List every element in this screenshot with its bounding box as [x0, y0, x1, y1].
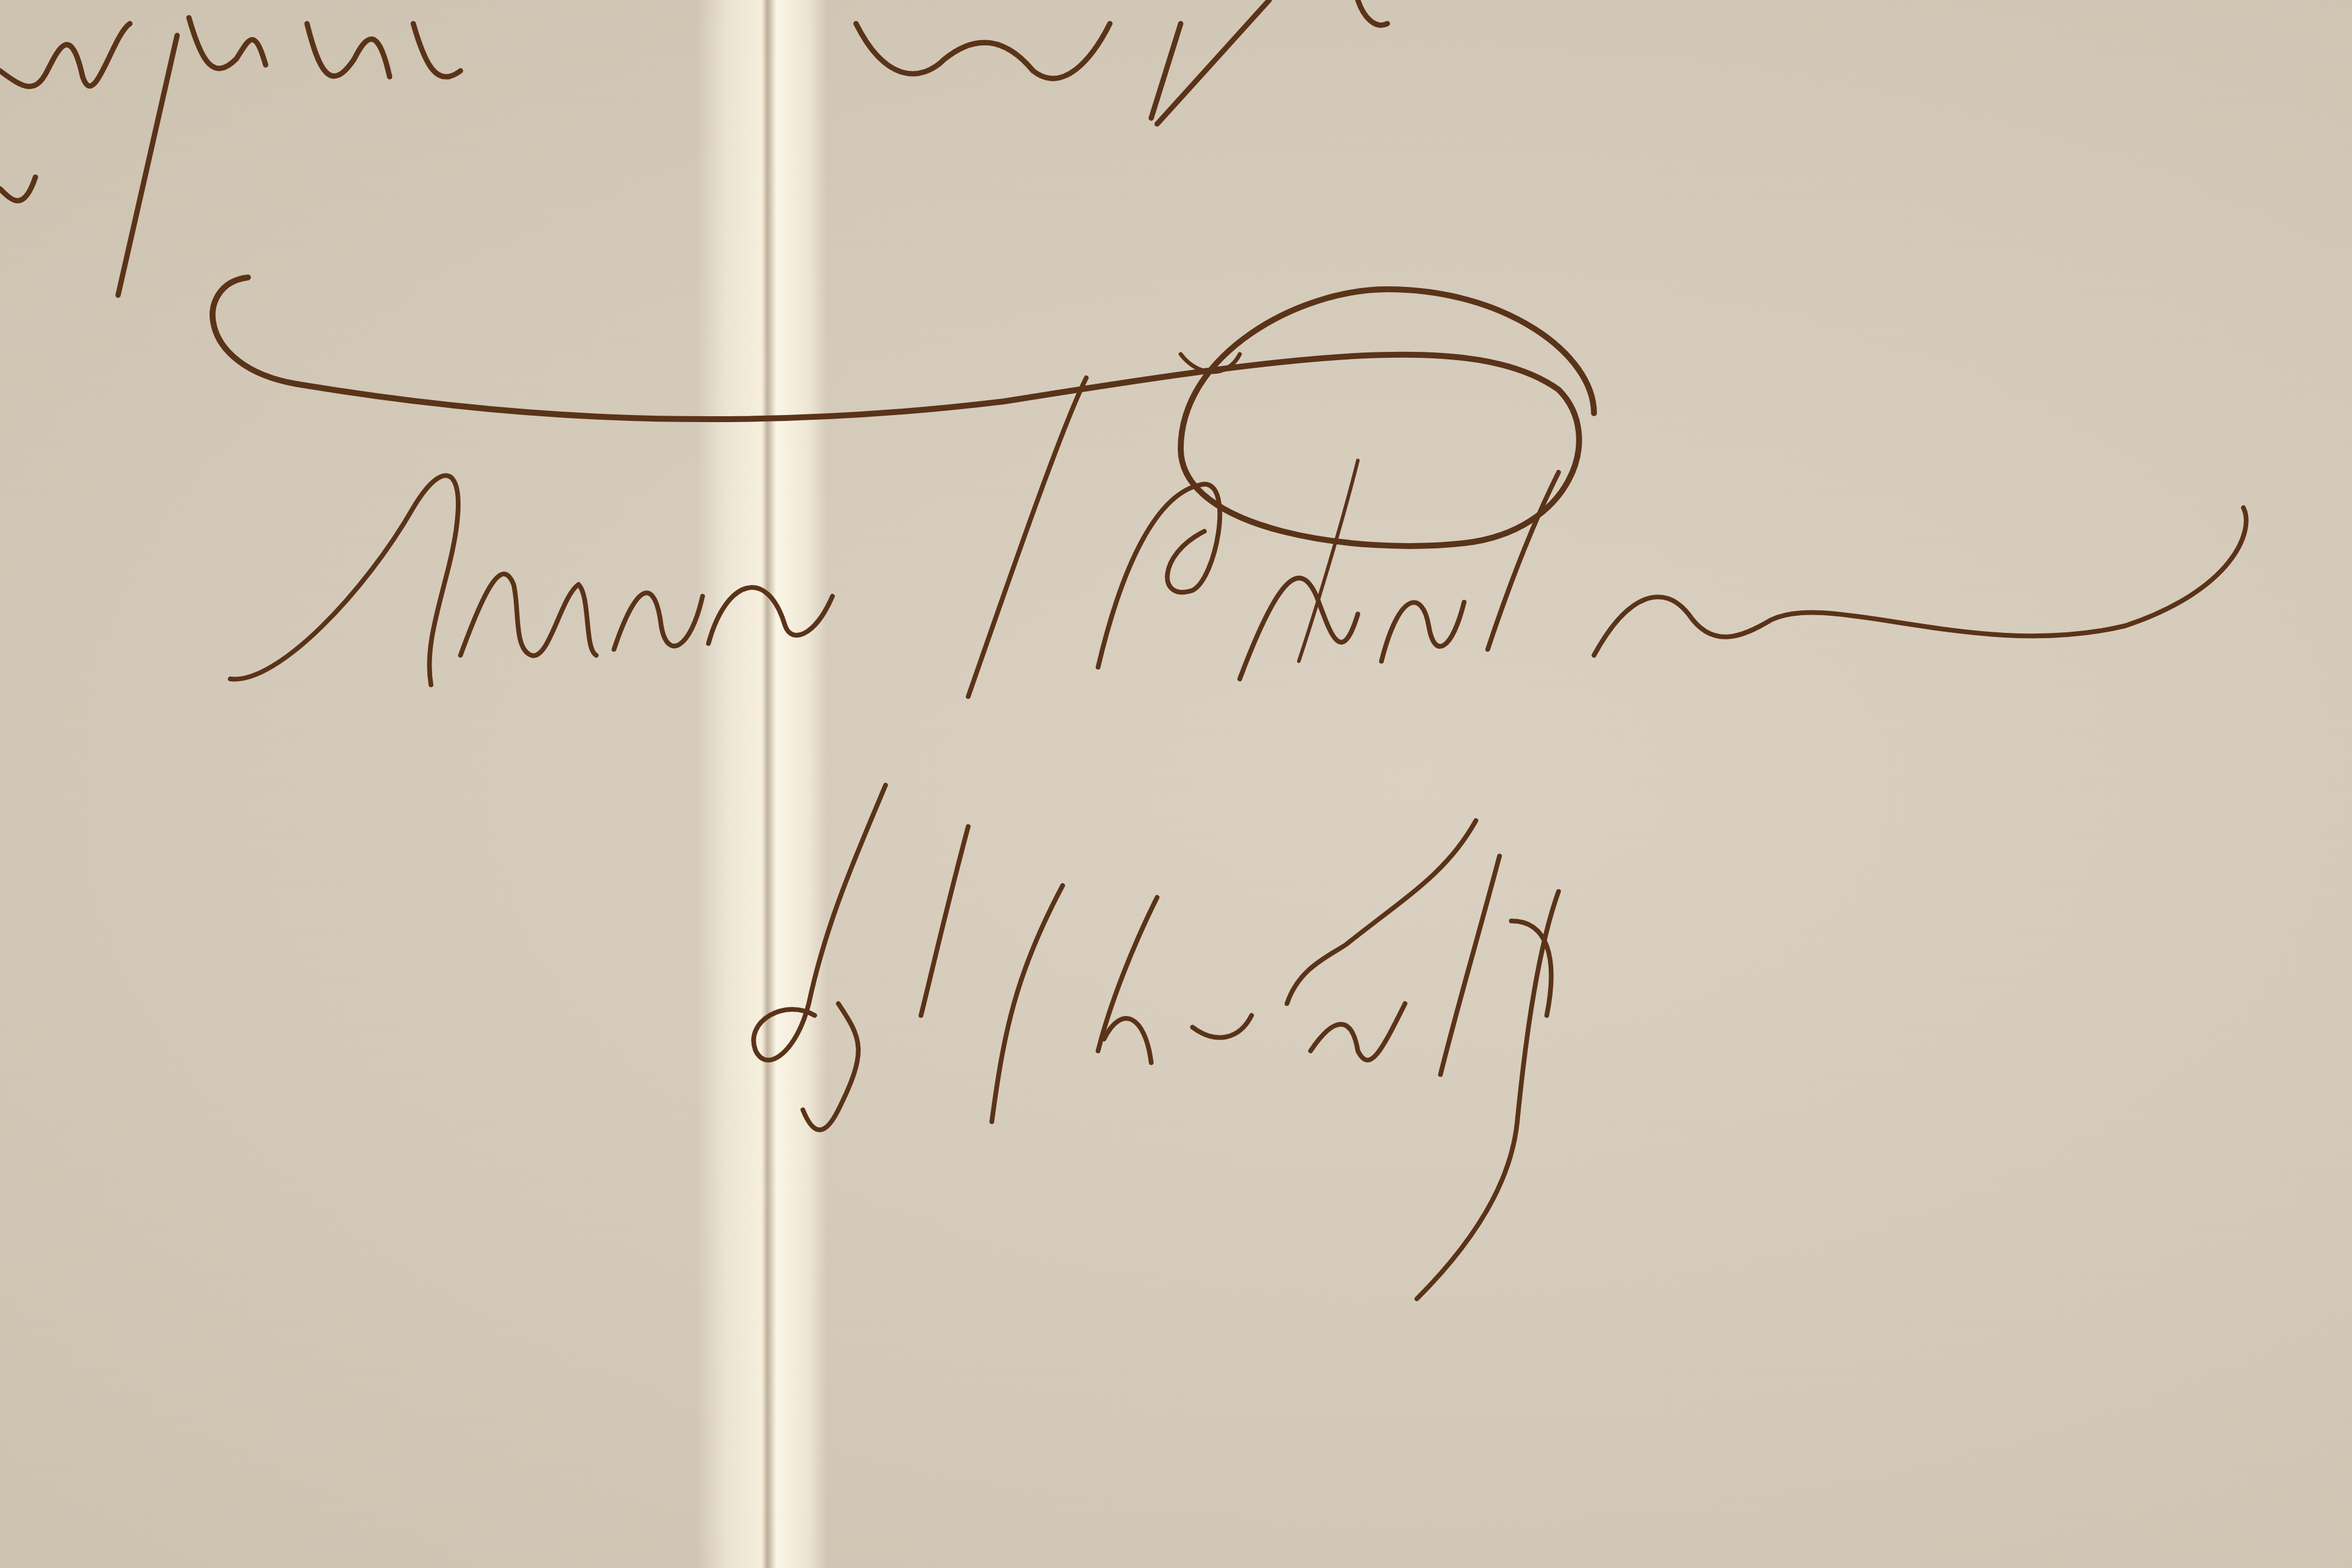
flourish-ink — [213, 277, 1594, 546]
top-line-ink — [0, 0, 1387, 295]
handwriting-layer — [0, 0, 2352, 1568]
paper-document: ...respectfully... Alexander Hamilton Se… — [0, 0, 2352, 1568]
signature-title-ink — [753, 785, 1559, 1299]
signature-name-ink — [230, 378, 2246, 697]
